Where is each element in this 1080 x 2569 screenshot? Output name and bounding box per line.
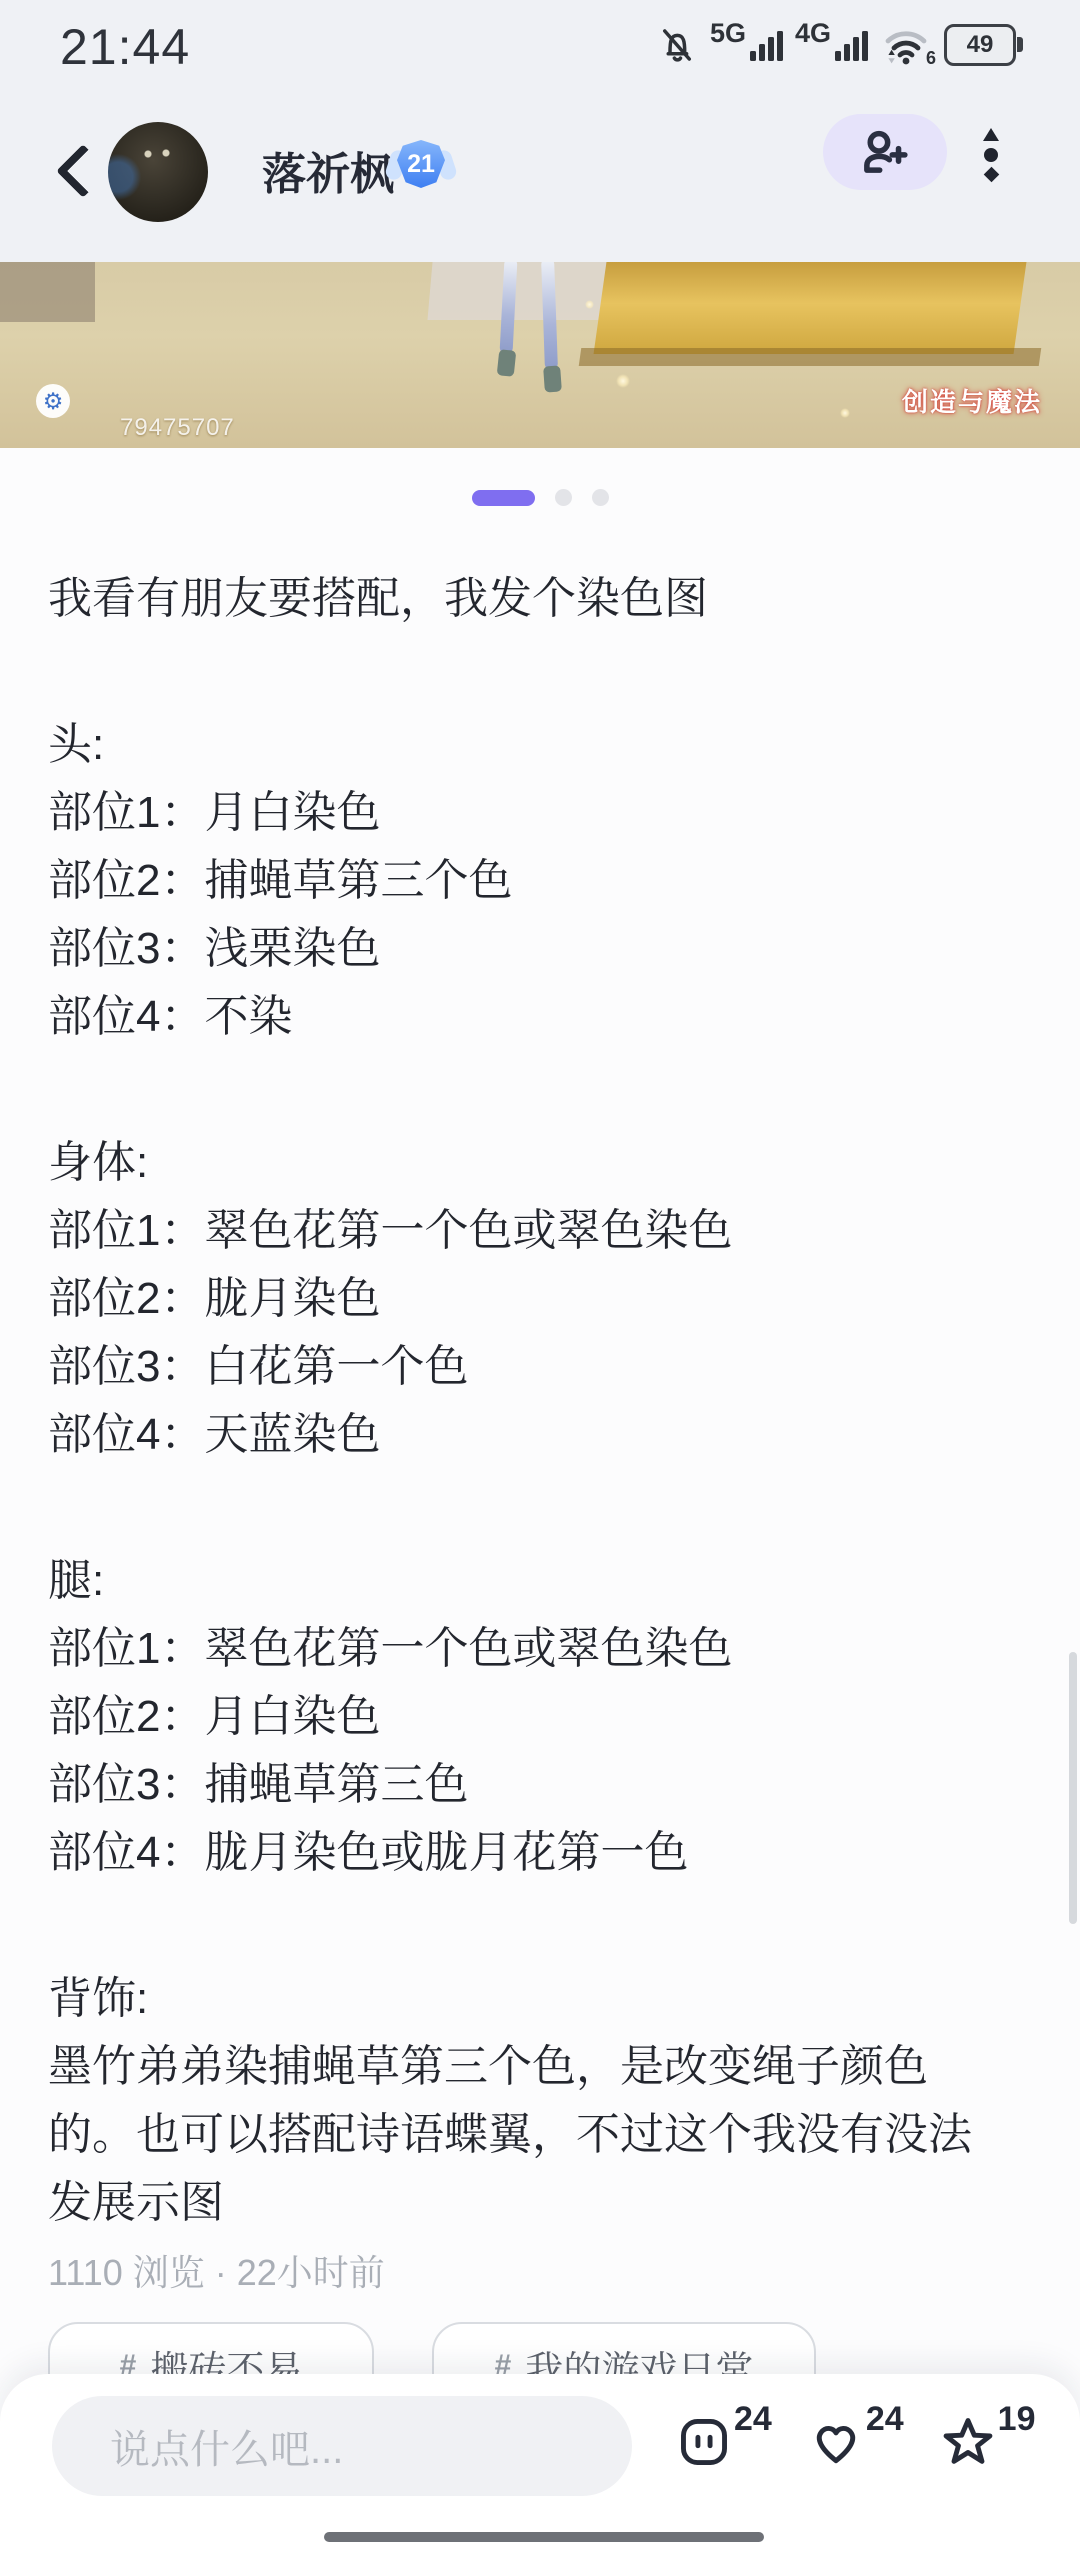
like-count: 24 bbox=[866, 2400, 904, 2439]
wifi-gen-label: 6 bbox=[926, 48, 936, 69]
player-id-watermark: 79475707 bbox=[120, 414, 235, 442]
level-badge: 21 bbox=[392, 134, 450, 192]
gear-glyph: ⚙ bbox=[43, 388, 64, 415]
follow-button[interactable] bbox=[823, 114, 947, 190]
post-text-line: 部位4：胧月染色或胧月花第一色 bbox=[48, 1819, 1032, 1887]
network-4g-label: 4G bbox=[795, 18, 831, 49]
username[interactable]: 落祈枫 bbox=[262, 138, 394, 202]
post-text-line: 的。也可以搭配诗语蝶翼，不过这个我没有没法 bbox=[48, 2101, 1032, 2169]
comment-input[interactable]: 说点什么吧... bbox=[52, 2396, 632, 2496]
views-and-time: 1110 浏览 · 22小时前 bbox=[48, 2245, 385, 2296]
level-number: 21 bbox=[407, 150, 435, 179]
sparkle bbox=[616, 374, 630, 388]
carousel-dot bbox=[592, 489, 609, 506]
post-image[interactable]: ⚙ 79475707 创造与魔法 bbox=[0, 262, 1080, 448]
post-section: 我看有朋友要搭配，我发个染色图 bbox=[48, 565, 1032, 633]
post-text-line: 墨竹弟弟染捕蝇草第三个色，是改变绳子颜色 bbox=[48, 2033, 1032, 2101]
notification-muted-icon bbox=[656, 23, 698, 67]
sparkle bbox=[585, 300, 594, 309]
character-boot bbox=[497, 349, 517, 377]
character-boot bbox=[543, 365, 562, 392]
person-plus-icon bbox=[856, 123, 914, 181]
clock: 21:44 bbox=[60, 18, 190, 76]
comment-count: 24 bbox=[734, 2400, 772, 2439]
post-text-line: 部位1：翠色花第一个色或翠色染色 bbox=[48, 1197, 1032, 1265]
post-body: 我看有朋友要搭配，我发个染色图头:部位1：月白染色部位2：捕蝇草第三个色部位3：… bbox=[48, 565, 1032, 2237]
post-section: 头:部位1：月白染色部位2：捕蝇草第三个色部位3：浅栗染色部位4：不染 bbox=[48, 711, 1032, 1051]
sparkle bbox=[840, 408, 850, 418]
comment-button[interactable]: 24 bbox=[676, 2400, 772, 2470]
post-text-line: 部位3：浅栗染色 bbox=[48, 915, 1032, 983]
game-logo: 创造与魔法 bbox=[902, 382, 1042, 419]
badge-shield: 21 bbox=[397, 140, 445, 188]
section-title: 身体: bbox=[48, 1129, 1032, 1197]
comment-icon bbox=[676, 2414, 732, 2470]
post-text-line: 部位4：天蓝染色 bbox=[48, 1401, 1032, 1469]
section-title: 腿: bbox=[48, 1547, 1032, 1615]
post-text-line: 部位1：翠色花第一个色或翠色染色 bbox=[48, 1615, 1032, 1683]
post-text-line: 部位2：捕蝇草第三个色 bbox=[48, 847, 1032, 915]
status-bar: 21:44 5G 4G bbox=[0, 0, 1080, 90]
comment-placeholder: 说点什么吧... bbox=[110, 2418, 343, 2475]
status-icons: 5G 4G 6 49 bbox=[656, 0, 1016, 90]
post-text-line: 部位3：白花第一个色 bbox=[48, 1333, 1032, 1401]
post-text-line: 部位2：月白染色 bbox=[48, 1683, 1032, 1751]
post-text-line: 我看有朋友要搭配，我发个染色图 bbox=[48, 565, 1032, 633]
post-section: 腿:部位1：翠色花第一个色或翠色染色部位2：月白染色部位3：捕蝇草第三色部位4：… bbox=[48, 1547, 1032, 1887]
more-diamond bbox=[983, 167, 999, 183]
post-actions: 24 24 19 bbox=[676, 2400, 1035, 2470]
cellular-4g: 4G bbox=[795, 30, 868, 61]
back-button[interactable] bbox=[56, 144, 110, 198]
battery-percent: 49 bbox=[967, 31, 994, 59]
post-text-line: 部位1：月白染色 bbox=[48, 779, 1032, 847]
bottom-action-bar: 说点什么吧... 24 24 19 bbox=[0, 2374, 1080, 2569]
battery-indicator: 49 bbox=[944, 24, 1016, 66]
signal-bars-4g bbox=[835, 31, 868, 61]
section-title: 头: bbox=[48, 711, 1032, 779]
home-indicator bbox=[324, 2532, 764, 2542]
avatar[interactable] bbox=[108, 122, 208, 222]
heart-icon bbox=[808, 2414, 864, 2470]
star-icon bbox=[940, 2414, 996, 2470]
favorite-button[interactable]: 19 bbox=[940, 2400, 1036, 2470]
scrollbar[interactable] bbox=[1069, 1652, 1077, 1924]
wifi-icon: 6 bbox=[880, 21, 932, 69]
post-text-line: 发展示图 bbox=[48, 2169, 1032, 2237]
post-text-line: 部位2：胧月染色 bbox=[48, 1265, 1032, 1333]
gear-icon[interactable]: ⚙ bbox=[36, 384, 70, 418]
post-header: 落祈枫 21 bbox=[0, 90, 1080, 262]
favorite-count: 19 bbox=[998, 2400, 1036, 2439]
post-section: 身体:部位1：翠色花第一个色或翠色染色部位2：胧月染色部位3：白花第一个色部位4… bbox=[48, 1129, 1032, 1469]
more-circle bbox=[984, 148, 998, 162]
post-text-line: 部位3：捕蝇草第三色 bbox=[48, 1751, 1032, 1819]
post-section: 背饰:墨竹弟弟染捕蝇草第三个色，是改变绳子颜色的。也可以搭配诗语蝶翼，不过这个我… bbox=[48, 1965, 1032, 2237]
battery-tip bbox=[1017, 37, 1023, 52]
left-rock bbox=[0, 262, 95, 322]
cellular-5g: 5G bbox=[710, 30, 783, 61]
network-5g-label: 5G bbox=[710, 18, 746, 49]
section-title: 背饰: bbox=[48, 1965, 1032, 2033]
more-options-button[interactable] bbox=[976, 122, 1006, 186]
signal-bars-5g bbox=[750, 31, 783, 61]
post-text-line: 部位4：不染 bbox=[48, 983, 1032, 1051]
carousel-dot bbox=[555, 489, 572, 506]
carousel-dot-active bbox=[472, 490, 535, 506]
like-button[interactable]: 24 bbox=[808, 2400, 904, 2470]
carousel-indicator bbox=[0, 489, 1080, 506]
more-triangle bbox=[983, 128, 999, 141]
